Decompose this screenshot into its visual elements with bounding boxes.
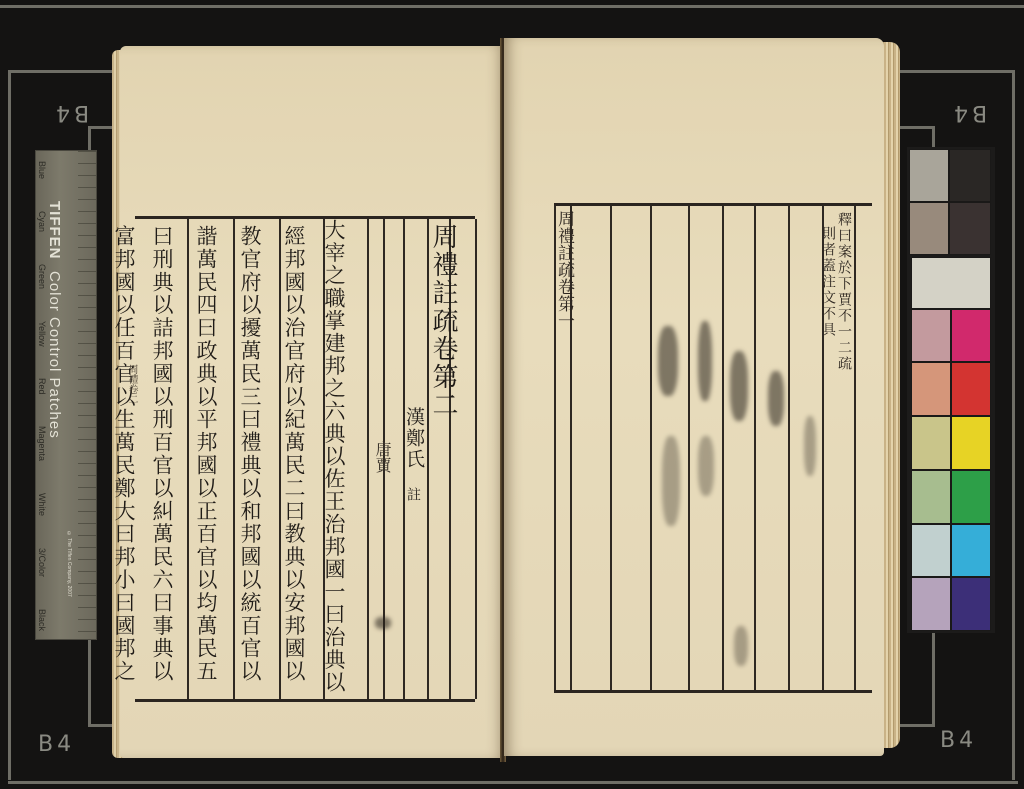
- ink-offset: [658, 326, 678, 396]
- color-patch: [951, 470, 991, 524]
- tiffen-calibration-strip: Blue Cyan Green Yellow Red Magenta White…: [35, 150, 97, 640]
- note-column-2: 則者蓋注文不具: [818, 226, 838, 338]
- frame-label-bottom-left: B4: [38, 732, 75, 757]
- ink-offset: [730, 351, 748, 421]
- text-column-3: 教官府以擾萬民三曰禮典以和邦國以統百官以: [237, 225, 263, 705]
- open-book: 大宰之職掌建邦之六典以佐王治邦國一曰治典以 經邦國以治官府以紀萬民二曰教典以安邦…: [112, 38, 902, 768]
- tiffen-copyright: © The Tiffen Company, 2007: [66, 531, 72, 597]
- frame-left-inner-bottom: [88, 724, 113, 727]
- author-suffix: 註: [403, 487, 423, 501]
- frame-right-outer: [1012, 70, 1015, 780]
- frame-bottom-line: [8, 781, 1018, 784]
- text-column-1: 大宰之職掌建邦之六典以佐王治邦國一曰治典以: [321, 219, 347, 699]
- patch-name: Blue: [36, 161, 48, 179]
- ink-offset: [768, 371, 784, 426]
- right-page: 周禮註疏卷第一 釋曰案於下賈不一二疏 則者蓋注文不具: [504, 38, 884, 756]
- color-patch: [911, 577, 951, 631]
- color-patch: [951, 577, 991, 631]
- text-column-2: 經邦國以治官府以紀萬民二曰教典以安邦國以: [281, 225, 307, 705]
- text-column-5: 曰刑典以詰邦國以刑百官以糾萬民六曰事典以: [149, 225, 175, 705]
- color-patch: [909, 202, 949, 255]
- right-print-block: 周禮註疏卷第一 釋曰案於下賈不一二疏 則者蓋注文不具: [554, 203, 872, 693]
- color-patch: [911, 470, 951, 524]
- tiffen-brand: TIFFEN Color Control Patches: [46, 201, 63, 438]
- ink-offset: [804, 416, 816, 476]
- patch-name: 3/Color: [36, 548, 48, 577]
- left-print-block: 大宰之職掌建邦之六典以佐王治邦國一曰治典以 經邦國以治官府以紀萬民二曰教典以安邦…: [135, 216, 475, 702]
- volume-title: 周禮註疏卷第二: [425, 223, 462, 419]
- text-column-6: 富邦國以任百官以生萬民鄭大曰邦小曰國邦之: [111, 225, 137, 705]
- ink-smudge: [375, 617, 391, 629]
- frame-label-bottom-right: B4: [940, 728, 977, 753]
- patch-name: White: [36, 493, 48, 516]
- text-column-4: 諧萬民四曰政典以平邦國以正百官以均萬民五: [193, 225, 219, 705]
- frame-top-line: [0, 5, 1024, 8]
- centimeter-ruler: [78, 151, 96, 639]
- color-patch: [911, 362, 951, 416]
- color-patch: [911, 524, 951, 577]
- color-patch: [951, 309, 991, 362]
- tiffen-logo: TIFFEN: [46, 201, 63, 260]
- frame-left-inner: [88, 126, 113, 129]
- frame-label-top-left: B4: [52, 100, 89, 125]
- author-han-zheng: 漢鄭氏: [401, 407, 428, 470]
- frame-label-top-right: B4: [950, 100, 987, 125]
- ink-offset: [734, 626, 748, 666]
- color-patch: [949, 149, 991, 202]
- color-patch: [911, 309, 951, 362]
- color-patch: [951, 362, 991, 416]
- color-patch: [951, 524, 991, 577]
- color-patch: [911, 416, 951, 470]
- color-patch-target: [907, 147, 995, 633]
- color-patch: [911, 257, 991, 309]
- tiffen-title: Color Control Patches: [46, 271, 63, 439]
- right-volume-title: 周禮註疏卷第一: [552, 210, 577, 329]
- frame-left-outer: [8, 70, 11, 780]
- ink-offset: [662, 436, 680, 526]
- ink-offset: [698, 321, 712, 401]
- color-patch: [951, 416, 991, 470]
- left-page: 大宰之職掌建邦之六典以佐王治邦國一曰治典以 經邦國以治官府以紀萬民二曰教典以安邦…: [120, 46, 505, 758]
- color-patch: [949, 202, 991, 255]
- frame-left-top: [8, 70, 113, 73]
- patch-name: Black: [36, 609, 48, 631]
- margin-note: 周禮卷二: [124, 364, 139, 404]
- ink-offset: [698, 436, 714, 496]
- author-tang-jia: 唐賈: [371, 441, 394, 473]
- color-patch: [909, 149, 949, 202]
